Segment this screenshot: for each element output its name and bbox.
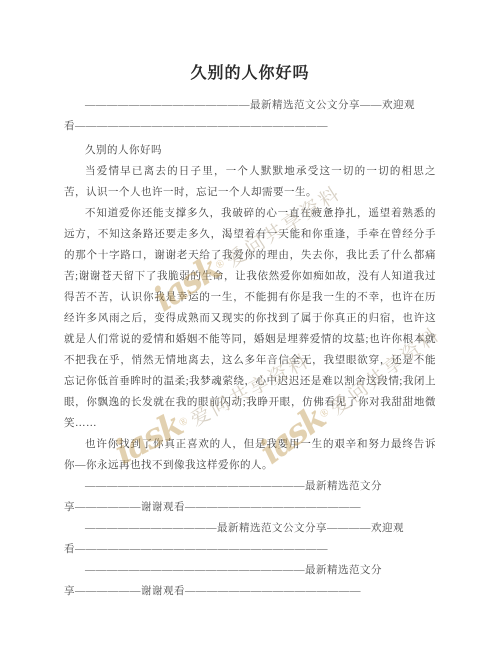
- paragraph-body: 当爱情早已离去的日子里，一个人默默地承受这一切的一切的相思之苦，认识一个人也许一…: [64, 161, 436, 203]
- document-content: 久别的人你好吗 ———————————————最新精选范文公文分享——欢迎观 看…: [0, 0, 500, 602]
- footer-separator-line-4: 看———————————————————————: [64, 539, 436, 560]
- footer-separator-line-2: 享——————谢谢观看————————————————: [64, 497, 436, 518]
- footer-separator-line-5: ————————————————————最新精选范文分: [64, 560, 436, 581]
- paragraph-body: 也许你找到了你真正喜欢的人，但是我要用一生的艰辛和努力最终告诉你—你永远再也找不…: [64, 434, 436, 476]
- paragraph-body: 不知道爱你还能支撑多久，我破碎的心一直在疲惫挣扎，遥望着熟悉的远方，不知这条路还…: [64, 203, 436, 434]
- header-separator-line-2: 看———————————————————————: [64, 116, 436, 137]
- footer-separator-line-6: 享——————谢谢观看————————————————: [64, 581, 436, 602]
- document-title: 久别的人你好吗: [64, 60, 436, 83]
- footer-separator-line-3: ————————————最新精选范文公文分享————欢迎观: [64, 518, 436, 539]
- document-page: iask®爱问共享资料 iask®爱问共享资料 iask®爱问共享资料 久别的人…: [0, 0, 500, 647]
- paragraph-subtitle: 久别的人你好吗: [64, 140, 436, 161]
- footer-separator-line-1: ————————————————————最新精选范文分: [64, 476, 436, 497]
- header-separator-line-1: ———————————————最新精选范文公文分享——欢迎观: [64, 95, 436, 116]
